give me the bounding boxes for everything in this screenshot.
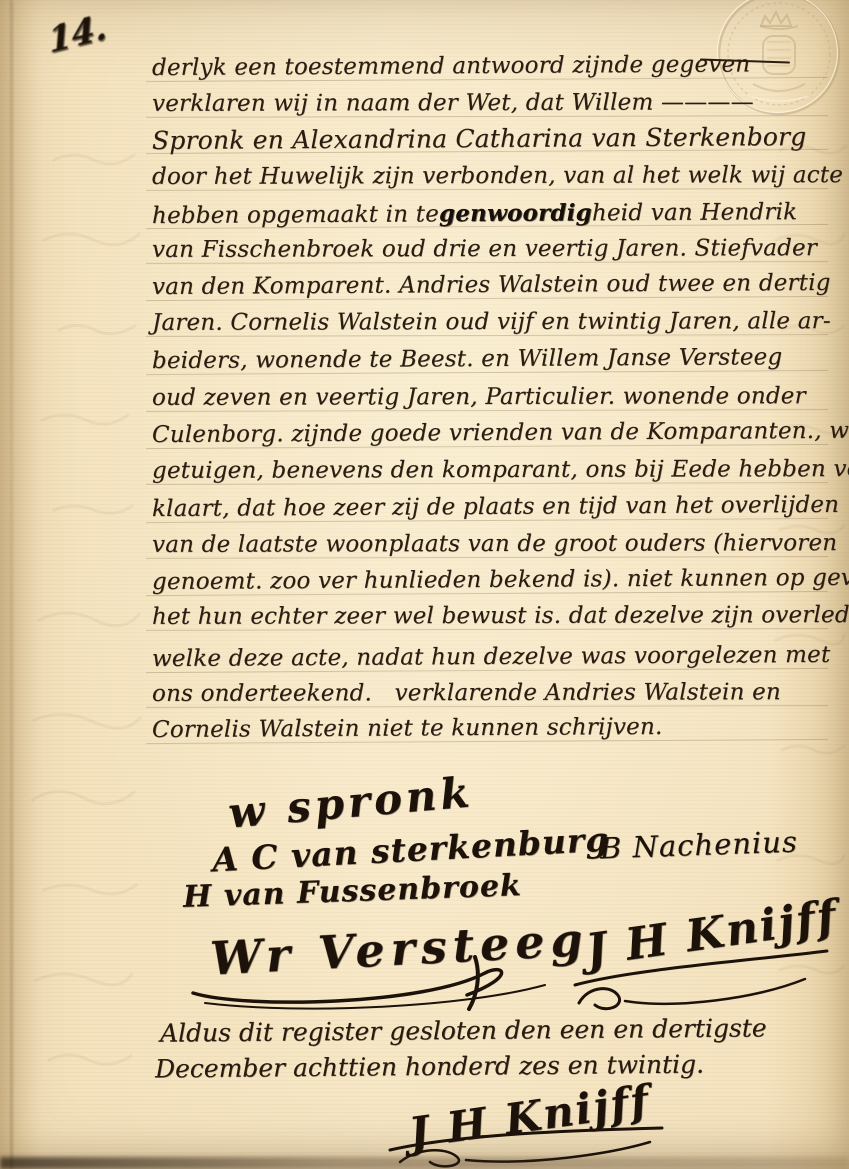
knijff-flourish (565, 945, 835, 1019)
act-line: het hun echter zeer wel bewust is. dat d… (152, 599, 824, 634)
act-line: Cornelis Walstein niet te kunnen schrijv… (152, 710, 824, 747)
closing-line: Aldus dit register gesloten den een en d… (160, 1013, 767, 1047)
act-line: door het Huwelijk zijn verbonden, van al… (152, 159, 824, 194)
act-line: getuigen, benevens den komparant, ons bi… (152, 453, 824, 488)
act-line: van Fisschenbroek oud drie en veertig Ja… (152, 232, 824, 267)
paper-fold-line (10, 0, 13, 1169)
act-line: Culenborg. zijnde goede vrienden van de … (152, 415, 824, 452)
act-line-segment: heid van Hendrik (592, 199, 797, 226)
act-line: Spronk en Alexandrina Catharina van Ster… (152, 120, 824, 157)
act-line: Jaren. Cornelis Walstein oud vijf en twi… (152, 305, 824, 340)
register-page: 14. derlyk een toestemmend antwoord zijn… (0, 0, 849, 1169)
act-line: verklaren wij in naam der Wet, dat Wille… (152, 86, 824, 121)
act-line: beiders, wonende te Beest. en Willem Jan… (152, 341, 824, 378)
act-line: van de laatste woonplaats van de groot o… (152, 527, 824, 562)
act-line-segment: hebben opgemaakt in te (152, 201, 439, 229)
bleedthrough-texture-left (14, 120, 144, 1100)
scan-edge-shadow (0, 1157, 849, 1169)
act-line: ons onderteekend. verklarende Andries Wa… (152, 676, 824, 711)
signature-nachenius: B Nachenius (599, 825, 798, 866)
act-line: oud zeven en veertig Jaren, Particulier.… (152, 380, 824, 415)
act-line: van den Komparent. Andries Walstein oud … (152, 267, 824, 304)
act-line-with-correction: hebben opgemaakt in tegenwoordigheid van… (152, 195, 824, 232)
act-line: genoemt. zoo ver hunlieden bekend is). n… (152, 562, 824, 599)
act-line-bold-correction: genwoordig (439, 199, 592, 227)
signature-spronk: w spronk (226, 767, 475, 837)
page-number-ink-mark: 14. (47, 7, 109, 61)
act-line: klaart, dat hoe zeer zij de plaats en ti… (152, 489, 824, 526)
act-line: derlyk een toestemmend antwoord zijnde g… (152, 48, 824, 85)
act-line: welke deze acte, nadat hun dezelve was v… (152, 639, 824, 676)
versteeg-flourish (185, 955, 555, 1019)
